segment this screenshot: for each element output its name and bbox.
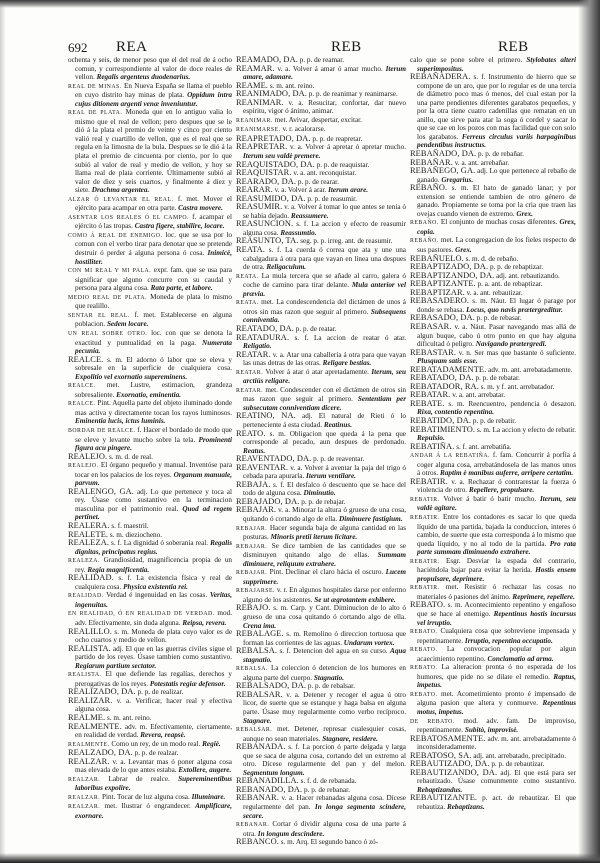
definition-text: calo que se pone sobre el primero.	[410, 56, 522, 64]
latin-equivalent: Navigando prætergredi.	[476, 340, 547, 348]
definition-text: met. Avivar, despertar, excitar.	[275, 116, 362, 124]
headword: REAMAR.	[236, 64, 275, 73]
subentry-label: medio real de plata.	[68, 295, 147, 301]
definition-text: Labrar de realce.	[108, 775, 169, 783]
latin-equivalent: Repellere, propulsare.	[469, 486, 534, 494]
latin-equivalent: Conclamatio ad arma.	[487, 655, 553, 663]
headword: REAVENTAR.	[236, 463, 288, 472]
definition-text: p. p. de rebasar.	[477, 314, 522, 322]
subentry-label: rebajarse.	[236, 588, 275, 594]
dictionary-entry: reata. La mula tercera que se añade al c…	[236, 272, 406, 299]
definition-text: p. p. de reapretar.	[312, 135, 362, 143]
subentry-label: realmente.	[68, 742, 110, 748]
headword: REBATE.	[410, 399, 444, 408]
latin-equivalent: Iterum arare.	[328, 186, 368, 194]
headword: REATINO, NA.	[236, 411, 296, 420]
definition-text: adj. ant. rebautizando.	[496, 272, 560, 280]
subentry-label: rebato.	[410, 647, 437, 653]
dictionary-entry: REATINO, NA. adj. El natural de Rieti ó …	[236, 412, 406, 429]
subentry-label: rebajar.	[236, 570, 267, 576]
headword: REALISTA.	[68, 644, 111, 653]
column-middle: REAMADO, DA. p. p. de reamar. REAMAR. v.…	[236, 56, 406, 847]
definition-text: p. p. de realizar.	[138, 688, 184, 696]
latin-equivalent: Locus, quo navis prætergreditur.	[466, 306, 563, 314]
dictionary-entry: rebajar. Hacer segunda baja de alguna ca…	[236, 524, 406, 542]
dictionary-entry: rebato. La convocacion popular por algun…	[410, 645, 576, 663]
subentry-label: realeza.	[68, 558, 100, 564]
dictionary-entry: REATA. s. f. La cuerda ó correa que ata …	[236, 246, 406, 272]
definition-text: s. f. La accion de reatar ó atar.	[295, 334, 407, 342]
dictionary-entry: reatar. met. Condescender con el dictáme…	[236, 386, 406, 413]
running-head-middle: REB	[331, 40, 362, 54]
subentry-label: andar á la rebatiña.	[410, 453, 490, 459]
definition-text: Volver á atar ó atar apretadamente.	[265, 368, 368, 376]
definition-text: s. f. ant. arrebatiña.	[456, 443, 511, 451]
dictionary-entry: REBAUTIZANDO, DA. adj. El que está para …	[410, 769, 576, 795]
dictionary-entry: rebato. La alteracion pronta ó no espera…	[410, 663, 576, 690]
dictionary-entry: rebato. met. Acometimiento pronto é impe…	[410, 690, 576, 717]
headword: REBANCO.	[236, 837, 279, 846]
dictionary-entry: REBATOSAMENTE. adv. m. ant. arrebatadame…	[410, 735, 576, 752]
latin-equivalent: Rebaptizans.	[447, 803, 485, 811]
subentry-label: rebajar.	[236, 544, 267, 550]
subentry-label: rebato.	[410, 665, 437, 671]
dictionary-entry: REBATE. s. m. Reencuentro, pendencia ó d…	[410, 400, 576, 417]
dictionary-entry: realzar. met. Ilustrar ó engrandecer. Am…	[68, 802, 232, 820]
definition-text: seg. p. p. irreg. ant. de reasumir.	[300, 237, 392, 245]
definition-text: v. a. ant. arrebatar.	[452, 391, 505, 399]
dictionary-entry: ochenta y seis, de menor peso que el del…	[68, 56, 232, 82]
dictionary-entry: REBALSAR. v. a. Detener y recoger el agu…	[236, 691, 406, 725]
headword: REBATIMIENTO.	[410, 425, 475, 434]
subentry-label: rebatir.	[410, 497, 440, 503]
headword: REBAÑADERA.	[410, 72, 470, 81]
headword: REBAÑO.	[410, 183, 447, 192]
dictionary-entry: de rebato. mod. adv. fam. De improviso, …	[410, 717, 576, 735]
headword: REALIZAR.	[68, 696, 112, 705]
dictionary-entry: REALENGO, GA. adj. Lo que pertenece y to…	[68, 488, 232, 522]
latin-equivalent: Stagnare.	[243, 717, 272, 725]
page-header: 692 REA REB REB	[68, 40, 588, 54]
dictionary-entry: realzar. Labrar de realce. Supereminenti…	[68, 775, 232, 793]
definition-text: s. m. La accion y efecto de rebatir.	[477, 426, 576, 434]
subentry-label: rebanar.	[236, 822, 269, 828]
latin-equivalent: Rata parte, et labore.	[151, 284, 213, 292]
latin-equivalent: Stagnatio.	[314, 674, 344, 682]
definition-text: p. p. de rebaptizar.	[490, 263, 543, 271]
latin-equivalent: Undarum vortex.	[344, 639, 395, 647]
subentry-label: rebalsar.	[236, 727, 272, 733]
headword: REANIMAR.	[236, 98, 284, 107]
headword: REATO.	[236, 429, 266, 438]
dictionary-entry: REBASTAR. v. n. Ser mas que bastante ó s…	[410, 349, 576, 366]
dictionary-entry: REASUMIR. v. a. Volver á tomar lo que an…	[236, 203, 406, 220]
dictionary-entry: REBALSA. s. f. Detencion del agua en su …	[236, 647, 406, 664]
dictionary-entry: con mi real y mi pala. expr. fam. que se…	[68, 266, 232, 293]
headword: REATAR.	[236, 350, 271, 359]
dictionary-entry: REBAJO. s. m. Carp. y Cant. Diminucion d…	[236, 604, 406, 630]
subentry-label: rebatir.	[410, 559, 440, 565]
subentry-label: rebalsa.	[236, 666, 268, 672]
subentry-label: realzar.	[68, 804, 100, 810]
subentry-label: realidad.	[68, 593, 104, 599]
dictionary-entry: rebajar. Pint. Declinar el claro hácia e…	[236, 568, 406, 586]
definition-text: v. n. Ser mas que bastante ó suficiente.	[459, 349, 576, 357]
dictionary-entry: rebatir. Esgr. Desviar la espada del con…	[410, 557, 576, 584]
latin-equivalent: Physica existentia rei.	[123, 583, 188, 591]
definition-text: Pint. Aquella parte del objeto iluminado…	[75, 399, 232, 417]
latin-equivalent: Castra figere, stabilire, locare.	[135, 222, 225, 230]
definition-text: v. a. ant. rebautizar.	[467, 289, 523, 297]
scan-bottom-shadow	[0, 853, 600, 863]
dictionary-entry: REBAÑO. s. m. El hato de ganado lanar; y…	[410, 184, 576, 218]
dictionary-entry: REANIMAR. v. a. Resucitar, confortar, da…	[236, 99, 406, 116]
definition-text: p. p. de rebatar.	[475, 374, 519, 382]
dictionary-entry: realista. El que defiende las regalías, …	[68, 670, 232, 688]
dictionary-entry: andar á la rebatiña. f. fam. Concurrir á…	[410, 451, 576, 478]
latin-equivalent: Illuminare.	[192, 793, 226, 801]
scan-top-shadow	[0, 0, 600, 8]
dictionary-entry: rebaño. El conjunto de muchas cosas dife…	[410, 218, 576, 236]
definition-text: p. p. de rebajar.	[301, 498, 345, 506]
subentry-label: rebato.	[410, 692, 437, 698]
definition-text: p. p. de realzar.	[135, 749, 179, 757]
subentry-label: rebato.	[410, 629, 437, 635]
latin-equivalent: Irruptio, repentina occupatio.	[465, 637, 553, 645]
subentry-label: rebatir.	[410, 585, 440, 591]
dictionary-entry: REALEJO. s. m. d. de real.	[68, 453, 232, 462]
headword: REATADURA.	[236, 333, 289, 342]
headword: REALIDAD.	[68, 573, 114, 582]
subentry-label: realejo.	[68, 463, 99, 469]
subentry-label: real de minas.	[68, 84, 122, 90]
dictionary-entry: realeza. Grandiosidad, magnificencia pro…	[68, 556, 232, 574]
definition-text: s. m. d. de real.	[109, 453, 153, 461]
dictionary-entry: REALIZAR. v. a. Verificar, hacer real y …	[68, 697, 232, 714]
definition-text: p. p. de rebalsar.	[308, 682, 355, 690]
dictionary-entry: alzar ó levantar el real. f. met. Mover …	[68, 195, 232, 213]
dictionary-entry: rebajarse. v. r. En algunos hospitales d…	[236, 586, 406, 604]
latin-equivalent: Reatinus.	[324, 421, 352, 429]
page-number: 692	[68, 41, 88, 55]
dictionary-entry: REALEZA. s. f. La dignidad ó soberanía r…	[68, 539, 232, 556]
subentry-label: realzar.	[68, 777, 100, 783]
latin-equivalent: Potestatis regiæ defensor.	[150, 680, 226, 688]
subentry-label: alzar ó levantar el real.	[68, 197, 173, 203]
subentry-label: realce.	[68, 401, 96, 407]
dictionary-entry: en realidad, ó en realidad de verdad. mo…	[68, 609, 232, 627]
definition-text: s. f. d. de rebanada.	[301, 777, 357, 785]
definition-text: Volver á batir ó batir mucho.	[443, 495, 536, 503]
definition-text: p. p. de reasumir.	[307, 195, 357, 203]
definition-text: s. m. dieziocheno.	[110, 531, 162, 539]
definition-text: Moneda que en lo antiguo valia lo mismo …	[75, 108, 232, 194]
definition-text: met. Ilustrar ó engrandecer.	[104, 802, 190, 810]
definition-text: p. p. de reanimar y reanimarse.	[309, 90, 398, 98]
dictionary-entry: REBALAGE. s. m. Remolino ó direccion tor…	[236, 630, 406, 647]
headword: REALEZA.	[68, 538, 109, 547]
headword: REALENGO, GA.	[68, 487, 134, 496]
subentry-label: realce.	[68, 383, 96, 389]
dictionary-entry: realzar. Pint. Tocar de luz alguna cosa.…	[68, 793, 232, 803]
dictionary-entry: realce. Pint. Aquella parte del objeto i…	[68, 399, 232, 426]
headword: REBATIR.	[410, 477, 448, 486]
dictionary-entry: como á real de enemigo. loc. que se usa …	[68, 231, 232, 266]
dictionary-entry: realce. met. Lustre, estimacion, grandez…	[68, 381, 232, 399]
headword: REBASADERO.	[410, 296, 469, 305]
headword: REAPRETAR.	[236, 142, 287, 151]
subentry-label: reanimarse.	[236, 127, 281, 133]
latin-equivalent: Reassumere.	[291, 212, 329, 220]
subentry-label: de rebato.	[410, 719, 455, 725]
headword: REBAJO.	[236, 603, 270, 612]
latin-equivalent: Minoris pretii iterum licitare.	[271, 533, 358, 541]
definition-text: El conjunto de muchas cosas diferentes.	[441, 218, 557, 226]
subentry-label: reata.	[236, 300, 259, 306]
headword: REATA.	[236, 245, 265, 254]
dictionary-entry: REATAR. v. a. Atar una caballería á otra…	[236, 351, 406, 368]
definition-text: v. a. Volver á amar ó amar mucho.	[277, 65, 382, 73]
definition-text: s. f. La dignidad ó soberanía real.	[111, 539, 208, 547]
latin-equivalent: Stagnare, residere.	[322, 735, 378, 743]
column-right: calo que se pone sobre el primero. Stylo…	[410, 56, 576, 812]
latin-equivalent: Diminutio.	[303, 489, 335, 497]
headword: REBASTAR.	[410, 348, 456, 357]
dictionary-entry: REBANADA. s. f. La porcion ó parte delga…	[236, 743, 406, 777]
subentry-label: real de plata.	[68, 110, 122, 116]
dictionary-entry: REALISTA. adj. El que en las guerras civ…	[68, 645, 232, 671]
dictionary-entry: realidad. Verdad é ingenuidad en las cos…	[68, 591, 232, 609]
dictionary-entry: rebanar. Cortar ó dividir alguna cosa de…	[236, 820, 406, 838]
dictionary-entry: bordar de realce. f. Hacer el bordado de…	[68, 426, 232, 453]
latin-equivalent: Castra movere.	[178, 204, 223, 212]
dictionary-entry: REALZAR. v. a. Levantar mas ó poner algu…	[68, 758, 232, 775]
latin-equivalent: Grex.	[516, 210, 533, 218]
subentry-label: como á real de enemigo.	[68, 233, 162, 239]
dictionary-entry: REBATIR. v. a. Rechazar ó contrarestar l…	[410, 478, 576, 495]
dictionary-entry: REBATIÑA. s. f. ant. arrebatiña.	[410, 443, 576, 452]
definition-text: s. m. Arq. El segundo banco ó zó-	[281, 838, 378, 846]
headword: REBAUTIZANTE.	[410, 793, 477, 802]
dictionary-entry: rebatir. met. Resistir ó rechazar las co…	[410, 583, 576, 601]
subentry-label: rebaño.	[410, 238, 439, 244]
definition-text: s. f. Instrumento de hierro que se compo…	[417, 73, 576, 141]
dictionary-entry: REBASADERO. s. m. Náut. El lugar ó parag…	[410, 297, 576, 314]
latin-equivalent: Sedem locare.	[107, 320, 149, 328]
dictionary-entry: rebatir. Entre los contadores es sacar l…	[410, 513, 576, 557]
latin-equivalent: Raptim è manibus auferre, arripere certa…	[440, 469, 573, 477]
dictionary-entry: un real sobre otro. loc. con que se deno…	[68, 329, 232, 356]
dictionary-entry: REBAUTIZANTE. p. act. de rebautizar. El …	[410, 794, 576, 811]
definition-text: s. m. Obligacion que queda á la pena que…	[243, 430, 406, 447]
latin-equivalent: Regiè.	[202, 740, 221, 748]
headword: REBAJA.	[236, 480, 270, 489]
dictionary-entry: reata. met. La condescendencia del dictá…	[236, 298, 406, 325]
dictionary-entry: REBATO. s. m. Acontecimiento repentino y…	[410, 601, 576, 627]
dictionary-entry: REBASAR. v. a. Náut. Pasar navegando mas…	[410, 323, 576, 349]
subentry-label: reata.	[236, 274, 259, 280]
latin-equivalent: Se ut ægrotantem exhibere.	[314, 596, 395, 604]
latin-equivalent: Drachma argentea.	[92, 186, 150, 194]
subentry-label: rebatir.	[410, 515, 440, 521]
definition-text: Pint. Declinar el claro hácia el oscuro.	[270, 568, 384, 576]
definition-text: v. a. ant. reconquistar.	[293, 169, 356, 177]
latin-equivalent: Religaculum.	[266, 263, 306, 271]
dictionary-entry: REBATIMIENTO. s. m. La accion y efecto d…	[410, 426, 576, 443]
latin-equivalent: Eminentia lucis, ictus luminis.	[75, 417, 165, 425]
latin-equivalent: Revera, reapsè.	[140, 731, 185, 739]
headword: REBATO.	[410, 600, 445, 609]
definition-text: v. r. acalorarse.	[282, 125, 325, 133]
subentry-label: rebajar.	[236, 526, 267, 532]
scan-right-shadow	[578, 0, 600, 863]
dictionary-entry: rebajar. Se dice tambien de las cantidad…	[236, 542, 406, 569]
dictionary-entry: calo que se pone sobre el primero. Stylo…	[410, 56, 576, 73]
definition-text: met. La congregacion de los fieles respe…	[417, 236, 576, 254]
latin-equivalent: Diminuere fastigium.	[339, 515, 403, 523]
dictionary-entry: REALMENTE. adv. m. Efectivamente, cierta…	[68, 723, 232, 740]
dictionary-entry: real de minas. En Nueva España se llama …	[68, 82, 232, 109]
latin-equivalent: Iterum ventilare.	[306, 472, 356, 480]
definition-text: Verdad é ingenuidad en las cosas.	[106, 591, 207, 599]
subentry-label: rebaño.	[410, 220, 439, 226]
headword: REALEJO.	[68, 452, 107, 461]
definition-text: p. p. de rebautizar.	[491, 760, 544, 768]
headword: REBATOSAMENTE.	[410, 734, 485, 743]
definition-text: s. m. y f. ant. arrebatador.	[481, 383, 554, 391]
headword: REALILLO.	[68, 627, 112, 636]
dictionary-entry: medio real de plata. Moneda de plata lo …	[68, 293, 232, 311]
dictionary-entry: REALILLO. s. m. Moneda de plata cuyo val…	[68, 628, 232, 645]
definition-text: p. p. de reatar.	[296, 325, 337, 333]
dictionary-entry: REALIDAD. s. f. La existencia física y r…	[68, 574, 232, 591]
definition-text: s. m. Reencuentro, pendencia ó desazon.	[448, 400, 576, 408]
dictionary-entry: REAMAR. v. a. Volver á amar ó amar mucho…	[236, 65, 406, 82]
latin-equivalent: Religare bestias.	[323, 359, 372, 367]
subentry-label: bordar de realce.	[68, 428, 135, 434]
latin-equivalent: Regiarum partium sectator.	[75, 662, 156, 670]
dictionary-entry: REASUNCION. s. f. La accion y efecto de …	[236, 220, 406, 237]
headword: REASUNCION.	[236, 219, 293, 228]
dictionary-entry: asentar los reales ó el campo. f. acampa…	[68, 213, 232, 231]
headword: REBAUTIZANDO, DA.	[410, 768, 497, 777]
latin-equivalent: Exornatio, eminentia.	[116, 391, 181, 399]
dictionary-entry: REBAÑADERA. s. f. Instrumento de hierro …	[410, 73, 576, 150]
headword: REASUMIR.	[236, 202, 282, 211]
latin-equivalent: Extollere, augere.	[178, 766, 231, 774]
definition-text: s. f. maestril.	[111, 522, 148, 530]
headword: REBALSAR.	[236, 690, 283, 699]
definition-text: p. p. de rebatir.	[473, 417, 516, 425]
definition-text: p. p. de rebañar.	[478, 150, 524, 158]
dictionary-entry: rebato. Cualquiera cosa que sobreviene i…	[410, 627, 576, 645]
definition-text: Como un rey, de un modo real.	[111, 740, 200, 748]
headword: REALZAR.	[68, 757, 110, 766]
running-head-left: REA	[116, 40, 148, 54]
headword: REBANAR.	[236, 793, 279, 802]
subentry-label: sentar el real.	[68, 313, 130, 319]
definition-text: s. f. Detencion del agua en su curso.	[279, 647, 387, 655]
subentry-label: reanimar.	[236, 118, 273, 124]
dictionary-entry: sentar el real. f. met. Establecerse en …	[68, 311, 232, 329]
dictionary-entry: REBAJAR. v. a. Minorar la altura ó grues…	[236, 506, 406, 523]
subentry-label: asentar los reales ó el campo.	[68, 215, 189, 221]
subentry-label: en realidad, ó en realidad de verdad.	[68, 611, 215, 617]
subentry-label: con mi real y mi pala.	[68, 268, 151, 274]
dictionary-entry: REBAÑEGO, GA. adj. Lo que pertenece al r…	[410, 167, 576, 184]
headword: REBALAGE.	[236, 629, 284, 638]
headword: REBALSA.	[236, 646, 277, 655]
dictionary-entry: realejo. El órgano pequeño y manual. Inv…	[68, 461, 232, 488]
headword: REBAÑEGO, GA.	[410, 166, 475, 175]
latin-equivalent: Regalis argenteus duodenarius.	[97, 73, 191, 81]
definition-text: p. a. ant. de rebaptizar.	[478, 280, 543, 288]
column-left: ochenta y seis, de menor peso que el del…	[68, 56, 232, 821]
latin-equivalent: Reipsa, revera.	[182, 619, 226, 627]
dictionary-entry: REATO. s. m. Obligacion que queda á la p…	[236, 430, 406, 456]
dictionary-entry: reanimar. met. Avivar, despertar, excita…	[236, 116, 406, 126]
headword: REALMENTE.	[68, 722, 122, 731]
subentry-label: un real sobre otro.	[68, 331, 147, 337]
definition-text: p. p. de reamar.	[300, 56, 344, 64]
dictionary-entry: REAVENTAR. v. a. Volver á aventar la paj…	[236, 464, 406, 481]
subentry-label: reatar.	[236, 370, 263, 376]
definition-text: p. p. de rearar.	[298, 178, 339, 186]
definition-text: p. p. de reaventar.	[313, 455, 364, 463]
definition-text: adv. m. ant. arrebatadamente.	[488, 366, 572, 374]
latin-equivalent: Expolitio vel exornatio supereminens.	[75, 373, 187, 381]
headword: REBAJAR.	[236, 505, 276, 514]
headword: REBASAR.	[410, 322, 452, 331]
dictionary-entry: REBANAR. v. a. Hacer rebanadas alguna co…	[236, 794, 406, 820]
dictionary-entry: rebalsar. met. Detener, represar cualesq…	[236, 725, 406, 743]
dictionary-entry: REBANCO. s. m. Arq. El segundo banco ó z…	[236, 838, 406, 847]
dictionary-entry: reatar. Volver á atar ó atar apretadamen…	[236, 368, 406, 386]
dictionary-entry: rebatir. Volver á batir ó batir mucho. I…	[410, 495, 576, 513]
latin-equivalent: Reprimere, repellere.	[512, 593, 574, 601]
definition-text: p. p. de rebanar.	[304, 786, 350, 794]
headword: REALCE.	[68, 355, 103, 364]
dictionary-entry: REBAJA. s. f. El desfalco ó descuento qu…	[236, 481, 406, 498]
definition-text: p. p. de reaquistar.	[317, 161, 370, 169]
headword: REBATIÑA.	[410, 442, 454, 451]
dictionary-entry: real de plata. Moneda que en lo antiguo …	[68, 108, 232, 194]
dictionary-entry: rebaño. met. La congregacion de los fiel…	[410, 236, 576, 254]
subentry-label: realzar.	[68, 795, 100, 801]
definition-text: Pint. Tocar de luz alguna cosa.	[102, 793, 190, 801]
subentry-label: realista.	[68, 672, 102, 678]
running-head-right: REB	[498, 40, 529, 54]
dictionary-entry: rebalsa. La coleccion ó detencion de los…	[236, 664, 406, 682]
definition-text: v. a. Volver á apretar ó apretar mucho.	[290, 143, 406, 151]
page-left-edge	[0, 0, 6, 863]
subentry-label: reatar.	[236, 388, 263, 394]
dictionary-entry: REALCE. s. m. El adorno ó labor que se e…	[68, 356, 232, 382]
headword: REBANADA.	[236, 742, 286, 751]
dictionary-entry: REATADURA. s. f. La accion de reatar ó a…	[236, 334, 406, 351]
dictionary-entry: REAPRETAR. v. a. Volver á apretar ó apre…	[236, 143, 406, 160]
